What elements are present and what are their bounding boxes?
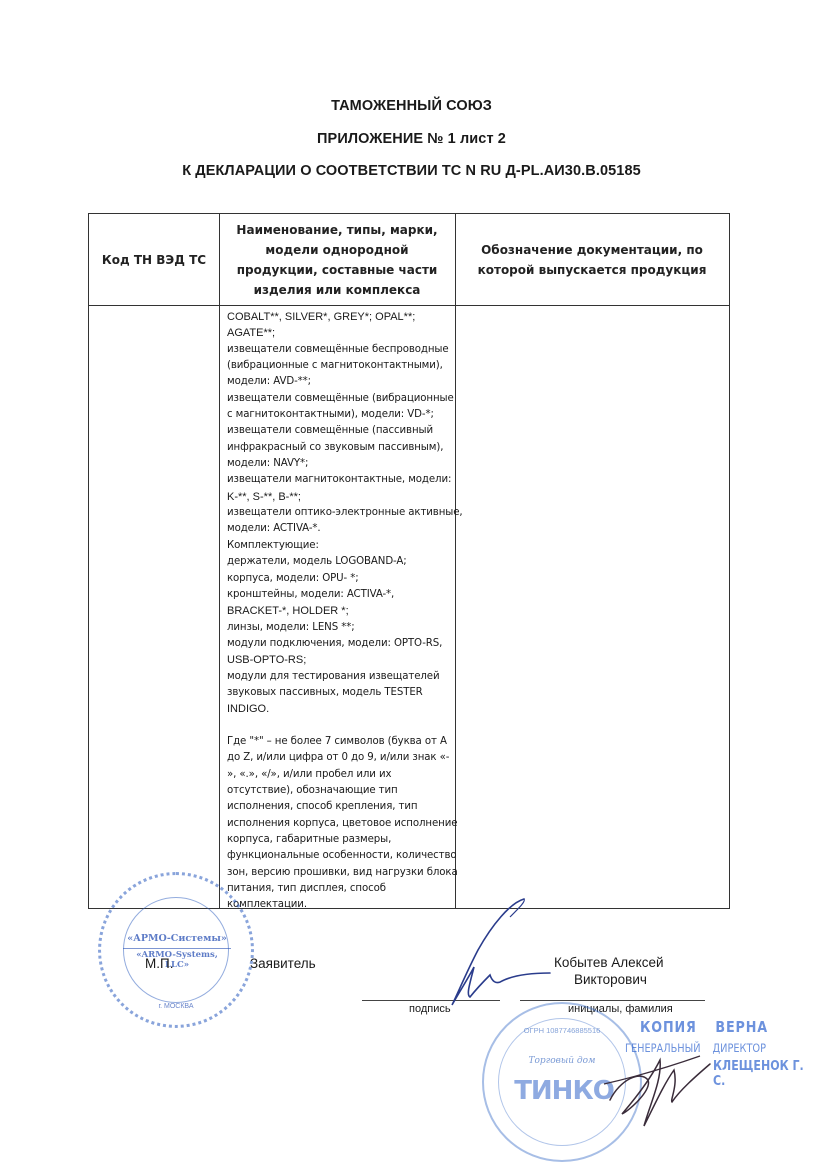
header-divider [89, 305, 729, 306]
column-header-documentation: Обозначение документации, по которой вып… [455, 214, 729, 305]
copy-word: КОПИЯ [640, 1018, 697, 1036]
product-text-line: с магнитоконтактными), модели: VD-*; [227, 407, 455, 423]
product-text-line: звуковых пассивных, модель TESTER [227, 685, 455, 701]
product-text-line: извещатели магнитоконтактные, модели: [227, 472, 455, 488]
product-text-line: корпуса, габаритные размеры, [227, 832, 455, 848]
stamp-company: Торговый дом [484, 1056, 640, 1066]
product-text-line: USB-OPTO-RS; [227, 652, 455, 668]
general-word: ГЕНЕРАЛЬНЫЙ [625, 1041, 701, 1055]
product-text-line: исполнения корпуса, цветовое исполнение [227, 816, 455, 832]
product-text-line: до Z, и/или цифра от 0 до 9, и/или знак … [227, 750, 455, 766]
product-text-line: модули подключения, модели: OPTO-RS, [227, 636, 455, 652]
doc-title-union: ТАМОЖЕННЫЙ СОЮЗ [0, 98, 823, 114]
stamp-ogrn: ОГРН 1087746885516 [484, 1026, 640, 1035]
doc-title-appendix: ПРИЛОЖЕНИЕ № 1 лист 2 [0, 131, 823, 147]
column-header-products: Наименование, типы, марки, модели одноро… [219, 214, 455, 305]
product-text-line: K-**, S-**, B-**; [227, 489, 455, 505]
product-text-line: BRACKET-*, HOLDER *; [227, 603, 455, 619]
applicant-name-line1: Кобытев Алексей [554, 955, 664, 970]
product-text-line: отсутствие), обозначающие тип [227, 783, 455, 799]
product-text-line: функциональные особенности, количество [227, 848, 455, 864]
tinko-copy-stamp: ОГРН 1087746885516 Торговый дом ТИНКО [482, 1002, 642, 1162]
product-text-line: извещатели оптико-электронные активные, [227, 505, 455, 521]
product-text-line: линзы, модели: LENS **; [227, 620, 455, 636]
product-text-line: кронштейны, модели: ACTIVA-*, [227, 587, 455, 603]
product-text-line: инфракрасный со звуковым пассивным), [227, 440, 455, 456]
seal-name-en: «ARMO-Systems, LLC» [123, 948, 231, 970]
product-text-line: извещатели совмещённые (вибрационные [227, 391, 455, 407]
signature-caption: подпись [409, 1003, 451, 1015]
products-table: Код ТН ВЭД ТС Наименование, типы, марки,… [88, 213, 730, 909]
product-text-line: корпуса, модели: OPU- *; [227, 571, 455, 587]
signature-line [362, 1000, 500, 1001]
product-text-line: питания, тип дисплея, способ [227, 881, 455, 897]
product-text-line: AGATE**; [227, 325, 455, 341]
doc-title-declaration: К ДЕКЛАРАЦИИ О СООТВЕТСТВИИ ТС N RU Д-PL… [0, 163, 823, 179]
director-word: ДИРЕКТОР [712, 1041, 766, 1055]
product-text-line: модули для тестирования извещателей [227, 669, 455, 685]
applicant-label: Заявитель [250, 956, 316, 971]
stamp-inner-ring [498, 1018, 626, 1146]
name-caption: инициалы, фамилия [568, 1003, 673, 1015]
product-text-line: Где "*" – не более 7 символов (буква от … [227, 734, 455, 750]
product-text-line: извещатели совмещённые беспроводные [227, 342, 455, 358]
product-text-line [227, 718, 455, 734]
column-divider [219, 214, 220, 908]
column-divider [455, 214, 456, 908]
certified-word: ВЕРНА [715, 1018, 768, 1036]
director-name: КЛЕЩЕНОК Г. С. [713, 1059, 807, 1089]
director-title: ГЕНЕРАЛЬНЫЙДИРЕКТОР [625, 1041, 766, 1055]
product-text-line: INDIGO. [227, 701, 455, 717]
product-text-line: модели: ACTIVA-*. [227, 521, 455, 537]
name-line [520, 1000, 705, 1001]
product-text-line: зон, версию прошивки, вид нагрузки блока [227, 865, 455, 881]
seal-inner-ring [123, 897, 229, 1003]
product-text-line: (вибрационные с магнитоконтактными), [227, 358, 455, 374]
product-text-line: комплектации. [227, 897, 455, 913]
seal-city: г. МОСКВА [101, 1003, 251, 1010]
product-text-line: извещатели совмещённые (пассивный [227, 423, 455, 439]
seal-name-ru: «АРМО-Системы» [123, 933, 231, 944]
product-text-line: модели: NAVY*; [227, 456, 455, 472]
product-text-line: держатели, модель LOGOBAND-A; [227, 554, 455, 570]
copy-certified-label: КОПИЯВЕРНА [640, 1018, 768, 1036]
product-text-line: исполнения, способ крепления, тип [227, 799, 455, 815]
products-cell: COBALT**, SILVER*, GREY*; OPAL**;AGATE**… [227, 309, 455, 914]
product-text-line: модели: AVD-**; [227, 374, 455, 390]
product-text-line: Комплектующие: [227, 538, 455, 554]
product-text-line: COBALT**, SILVER*, GREY*; OPAL**; [227, 309, 455, 325]
product-text-line: », «.», «/», и/или пробел или их [227, 767, 455, 783]
applicant-name-line2: Викторович [574, 972, 647, 987]
column-header-code: Код ТН ВЭД ТС [89, 214, 219, 305]
seal-place-label: М.П. [145, 956, 173, 971]
tinko-logo-icon: ТИНКО [514, 1076, 614, 1106]
